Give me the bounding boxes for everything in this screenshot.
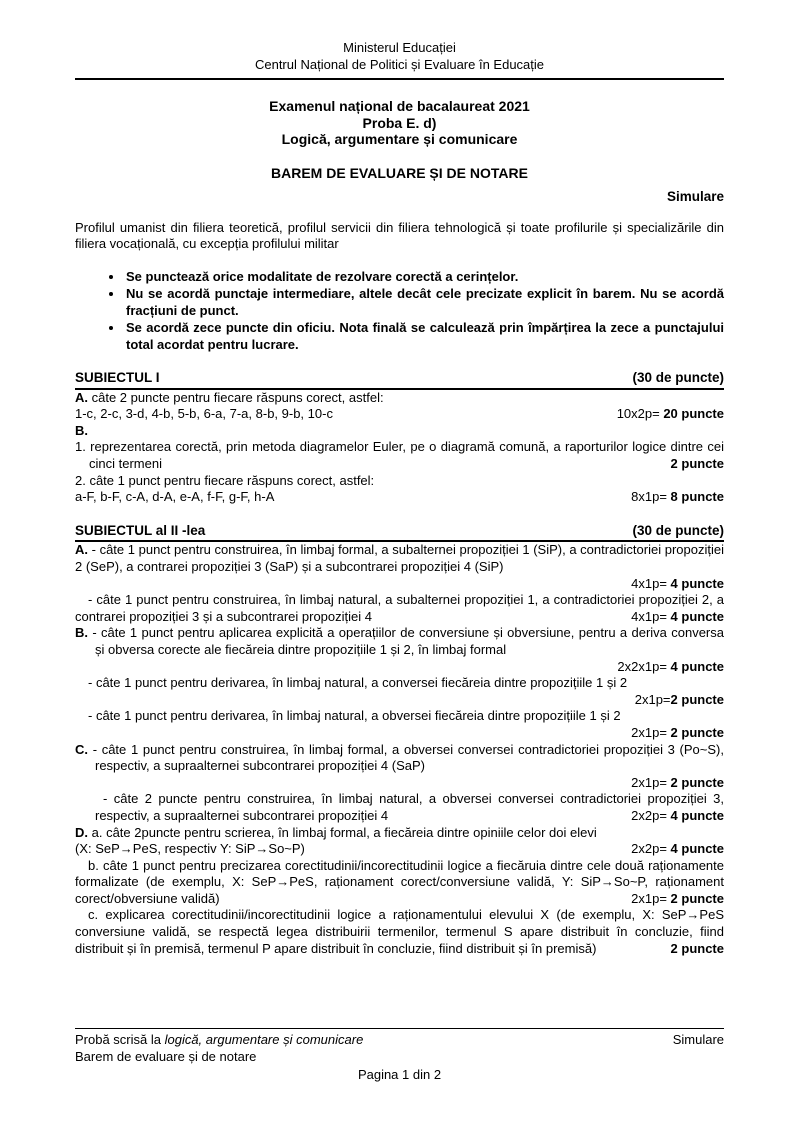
rubric-item: - câte 2 puncte pentru construirea, în l… (75, 791, 724, 824)
score-value: 2 puncte (685, 456, 724, 473)
rubric-item: 1-c, 2-c, 3-d, 4-b, 5-b, 6-a, 7-a, 8-b, … (75, 406, 724, 423)
rubric-item: D. a. câte 2puncte pentru scrierea, în l… (75, 825, 724, 842)
score-value: 8x1p= 8 puncte (631, 489, 724, 506)
rubric-item: B. (75, 423, 724, 440)
rule-item: Nu se acordă punctaje intermediare, alte… (124, 285, 724, 319)
footer-exam-name: Probă scrisă la logică, argumentare și c… (75, 1032, 363, 1049)
rubric-item: - câte 1 punct pentru derivarea, în limb… (75, 675, 724, 692)
rule-item: Se punctează orice modalitate de rezolva… (124, 268, 724, 285)
rubric-item: b. câte 1 punct pentru precizarea corect… (75, 858, 724, 908)
score-value: 10x2p= 20 puncte (617, 406, 724, 423)
subject2-body: A. - câte 1 punct pentru construirea, în… (75, 542, 724, 957)
score-value: 2x2p= 4 puncte (631, 841, 724, 858)
rubric-item: (X: SeP→PeS, respectiv Y: SiP→So~P) 2x2p… (75, 841, 724, 858)
header-rule (75, 78, 724, 80)
score-value: 2x2p= 4 puncte (623, 808, 724, 825)
subject2-title: SUBIECTUL al II -lea (75, 523, 205, 540)
subject2-points: (30 de puncte) (632, 523, 724, 540)
footer-session: Simulare (673, 1032, 724, 1049)
page-footer: Probă scrisă la logică, argumentare și c… (75, 1028, 724, 1084)
page-number: Pagina 1 din 2 (75, 1067, 724, 1084)
subject2-heading: SUBIECTUL al II -lea (30 de puncte) (75, 523, 724, 543)
score-value: 2 puncte (658, 941, 724, 958)
footer-line1: Probă scrisă la logică, argumentare și c… (75, 1032, 724, 1049)
exam-title: Examenul național de bacalaureat 2021 (75, 98, 724, 115)
center-line: Centrul Național de Politici și Evaluare… (75, 57, 724, 74)
score-value: 4x1p= 4 puncte (75, 576, 724, 593)
rubric-item: A. - câte 1 punct pentru construirea, în… (75, 542, 724, 575)
rule-item: Se acordă zece puncte din oficiu. Nota f… (124, 319, 724, 353)
footer-line2: Barem de evaluare și de notare (75, 1049, 724, 1066)
subject1-points: (30 de puncte) (632, 370, 724, 387)
rubric-item: a-F, b-F, c-A, d-A, e-A, f-F, g-F, h-A 8… (75, 489, 724, 506)
score-value: 2x1p=2 puncte (75, 692, 724, 709)
rubric-item: - câte 1 punct pentru derivarea, în limb… (75, 708, 724, 725)
score-value: 2x1p= 2 puncte (75, 725, 724, 742)
rubric-item: 2. câte 1 punct pentru fiecare răspuns c… (75, 473, 724, 490)
rubric-item: B. - câte 1 punct pentru aplicarea expli… (75, 625, 724, 658)
profile-note: Profilul umanist din filiera teoretică, … (75, 220, 724, 253)
grading-rules-list: Se punctează orice modalitate de rezolva… (75, 268, 724, 353)
score-value: 4x1p= 4 puncte (618, 609, 724, 626)
session-label: Simulare (75, 189, 724, 206)
score-value: 2x1p= 2 puncte (75, 775, 724, 792)
ministry-header: Ministerul Educației Centrul Național de… (75, 40, 724, 73)
score-value: 2x2x1p= 4 puncte (75, 659, 724, 676)
exam-title-block: Examenul național de bacalaureat 2021 Pr… (75, 98, 724, 148)
exam-subject: Logică, argumentare și comunicare (75, 131, 724, 148)
rubric-item: - câte 1 punct pentru construirea, în li… (75, 592, 724, 625)
rubric-item: C. - câte 1 punct pentru construirea, în… (75, 742, 724, 775)
subject1-heading: SUBIECTUL I (30 de puncte) (75, 370, 724, 390)
subject1-title: SUBIECTUL I (75, 370, 160, 387)
ministry-line: Ministerul Educației (75, 40, 724, 57)
barem-title: BAREM DE EVALUARE ȘI DE NOTARE (75, 165, 724, 182)
rubric-item: 1. reprezentarea corectă, prin metoda di… (75, 439, 724, 472)
exam-proba: Proba E. d) (75, 115, 724, 132)
subject1-body: A. câte 2 puncte pentru fiecare răspuns … (75, 390, 724, 506)
document-page: Ministerul Educației Centrul Național de… (0, 0, 800, 1132)
rubric-item: c. explicarea corectitudinii/incorectitu… (75, 907, 724, 957)
score-value: 2x1p= 2 puncte (618, 891, 724, 908)
rubric-item: A. câte 2 puncte pentru fiecare răspuns … (75, 390, 724, 407)
